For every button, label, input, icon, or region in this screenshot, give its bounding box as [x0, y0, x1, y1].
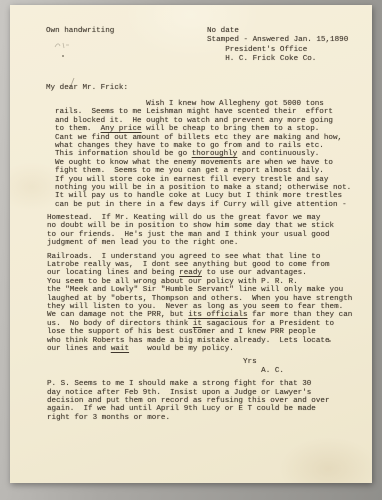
pencil-dot-icon — [62, 55, 64, 57]
stamp-line: Stamped - Answered Jan. 15,1890 — [207, 36, 348, 45]
letter-line: It will pay us to handle coke at Lucy bu… — [55, 192, 367, 200]
letter-paragraph: Homestead. If Mr. Keating will do us the… — [47, 214, 367, 248]
handwriting-note: Own handwriting — [46, 27, 114, 35]
salutation: My dear Mr. Frick: — [46, 84, 128, 92]
letter-line: us. No body of directors think it sagaci… — [47, 320, 367, 328]
letter-line: Yrs — [47, 358, 367, 366]
letter-line: judgment of men lead you to the right on… — [47, 239, 367, 247]
letter-line: Railroads. I understand you agreed to se… — [47, 253, 367, 261]
letter-line: who think Roberts has made a big mistake… — [47, 337, 367, 345]
stamp-line: President's Office — [207, 46, 348, 55]
letter-line: the "Meek and Lowly" Sir "Humble Servant… — [47, 286, 367, 294]
letter-line: This information should be go thoroughly… — [55, 150, 367, 158]
letter-paragraph: Wish I knew how Allegheny got 5000 tonsr… — [55, 100, 367, 209]
signature-block: Yrs A. C. — [47, 358, 367, 375]
letter-line: and blocked it. He ought to watch and pr… — [55, 117, 367, 125]
letter-line: P. S. Seems to me I should make a strong… — [47, 380, 367, 388]
letter-scan: Own handwriting No dateStamped - Answere… — [0, 0, 382, 500]
stamp-line: No date — [207, 27, 348, 36]
letter-line: our lines and wait would be my policy. — [47, 345, 367, 353]
postscript-block: P. S. Seems to me I should make a strong… — [47, 380, 367, 422]
letter-line: We can damage not the PRR, but its offic… — [47, 311, 367, 319]
letter-line: to our friends. He's just the man and I … — [47, 231, 367, 239]
letter-line: Cant we find out amount of billets etc t… — [55, 134, 367, 142]
letter-line: rails. Seems to me Leishman might have s… — [55, 108, 367, 116]
letter-line: A. C. — [47, 367, 367, 375]
stamp-line: H. C. Frick Coke Co. — [207, 55, 348, 64]
letter-line: can be put in there in a few days if Cur… — [55, 201, 367, 209]
letter-line: our locating lines and being ready to us… — [47, 269, 367, 277]
letter-line: We ought to know what the enemy movement… — [55, 159, 367, 167]
letter-line: to them. Any price will be cheap to brin… — [55, 125, 367, 133]
letter-line: day notice after Feb 9th. Insist upon a … — [47, 389, 367, 397]
stamp-annotation-block: No dateStamped - Answered Jan. 15,1890 P… — [207, 27, 348, 64]
letter-paper: Own handwriting No dateStamped - Answere… — [10, 5, 372, 483]
letter-line: lose the support of his best customer an… — [47, 328, 367, 336]
letter-paragraph: Railroads. I understand you agreed to se… — [47, 253, 367, 354]
letter-line: You seem to be all wrong about our polic… — [47, 278, 367, 286]
letter-line: right for 3 months or more. — [47, 414, 367, 422]
letter-line: fight them. Seems to me you can get a re… — [55, 167, 367, 175]
letter-body: Wish I knew how Allegheny got 5000 tonsr… — [47, 100, 367, 427]
pencil-mark-icon — [53, 41, 71, 51]
letter-line: If you will store coke in earnest fill e… — [55, 176, 367, 184]
letter-line: laughed at by "oberts, Thompson and othe… — [47, 295, 367, 303]
letter-line: no doubt will be in position to show him… — [47, 222, 367, 230]
letter-line: again. If we had until April 9th Lucy or… — [47, 405, 367, 413]
